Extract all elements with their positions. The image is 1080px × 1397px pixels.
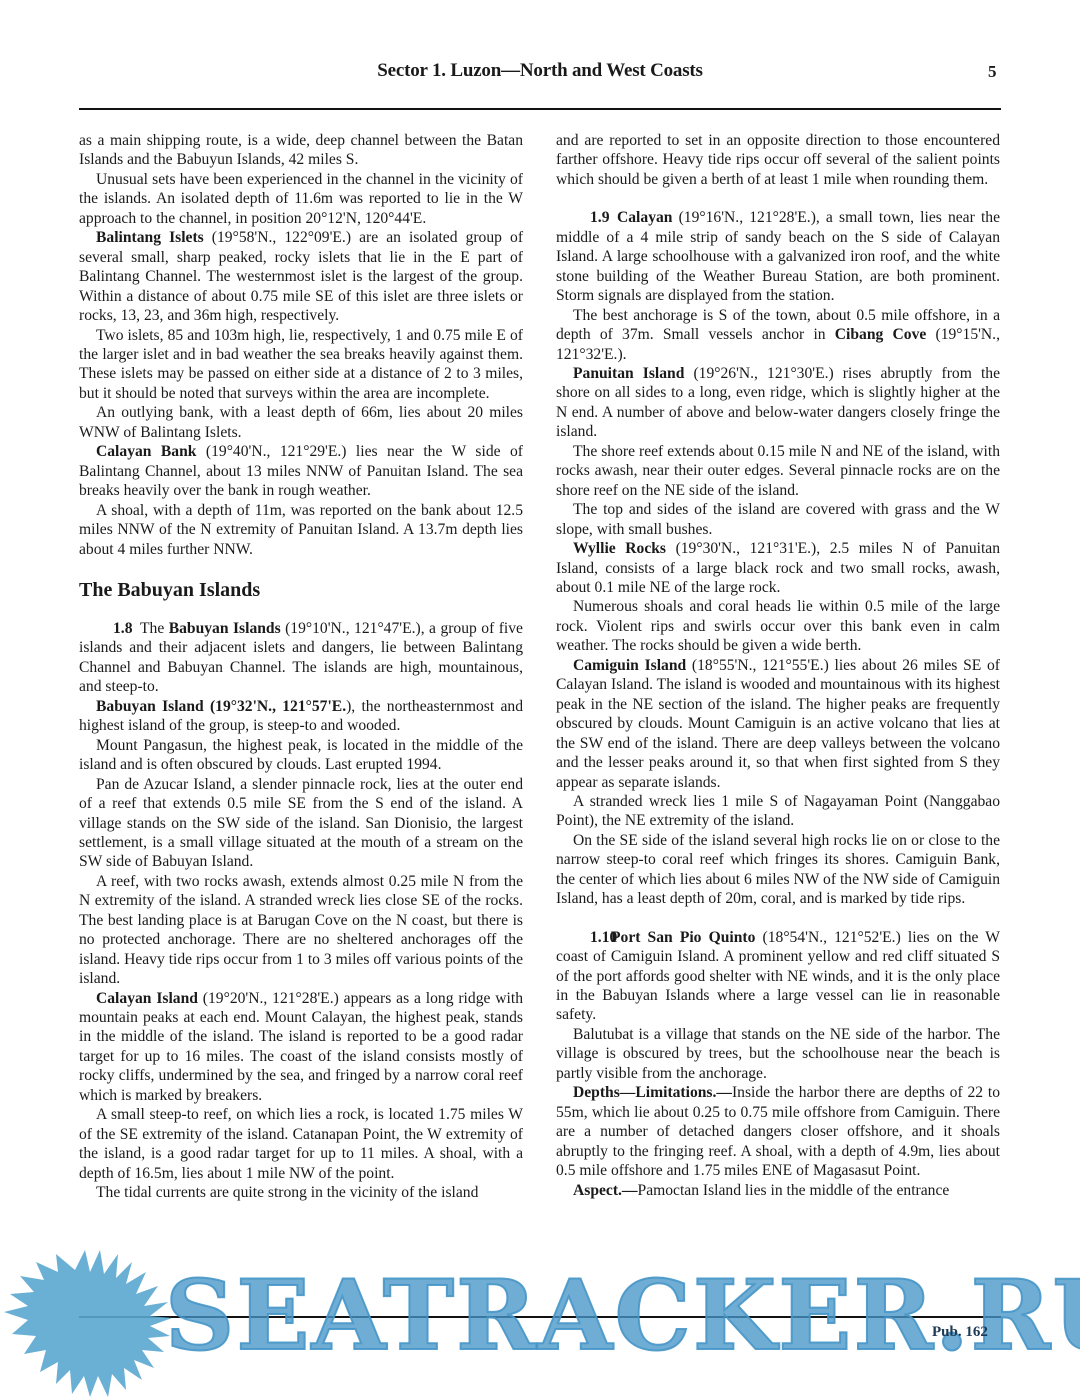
paragraph: Balintang Islets (19°58'N., 122°09'E.) a… bbox=[79, 228, 523, 325]
place-name: Camiguin Island bbox=[573, 657, 686, 674]
numbered-paragraph: 1.9Calayan (19°16'N., 121°28'E.), a smal… bbox=[556, 208, 1000, 305]
paragraph: A stranded wreck lies 1 mile S of Nagaya… bbox=[556, 792, 1000, 831]
publication-label: Pub. 162 bbox=[932, 1324, 988, 1341]
paragraph: as a main shipping route, is a wide, dee… bbox=[79, 131, 523, 170]
place-name: Babuyan Island (19°32'N., 121°57'E. bbox=[96, 698, 346, 715]
place-name: Calayan Bank bbox=[96, 443, 196, 460]
place-name: Wyllie Rocks bbox=[573, 540, 666, 557]
paragraph: Depths—Limitations.—Inside the harbor th… bbox=[556, 1083, 1000, 1180]
paragraph: Unusual sets have been experienced in th… bbox=[79, 170, 523, 228]
place-name: Panuitan Island bbox=[573, 365, 684, 382]
paragraph: Babuyan Island (19°32'N., 121°57'E.), th… bbox=[79, 697, 523, 736]
subheading-inline: Depths—Limitations.— bbox=[573, 1084, 732, 1101]
paragraph: A shoal, with a depth of 11m, was report… bbox=[79, 501, 523, 559]
paragraph: Panuitan Island (19°26'N., 121°30'E.) ri… bbox=[556, 364, 1000, 442]
section-number: 1.9 bbox=[573, 208, 617, 227]
numbered-paragraph: 1.8The Babuyan Islands (19°10'N., 121°47… bbox=[79, 619, 523, 697]
place-name: Cibang Cove bbox=[835, 326, 927, 343]
paragraph: Balutubat is a village that stands on th… bbox=[556, 1025, 1000, 1083]
section-number: 1.8 bbox=[96, 619, 140, 638]
place-name: Balintang Islets bbox=[96, 229, 204, 246]
page-number: 5 bbox=[988, 62, 997, 82]
paragraph: The tidal currents are quite strong in t… bbox=[79, 1183, 523, 1202]
section-number: 1.10 bbox=[573, 928, 611, 947]
paragraph: A small steep-to reef, on which lies a r… bbox=[79, 1105, 523, 1183]
paragraph: Calayan Island (19°20'N., 121°28'E.) app… bbox=[79, 989, 523, 1106]
running-header-title: Sector 1. Luzon—North and West Coasts bbox=[0, 60, 1080, 82]
paragraph: Mount Pangasun, the highest peak, is loc… bbox=[79, 736, 523, 775]
paragraph: The top and sides of the island are cove… bbox=[556, 500, 1000, 539]
paragraph: A reef, with two rocks awash, extends al… bbox=[79, 872, 523, 989]
place-name: Calayan bbox=[617, 209, 672, 226]
place-name: Calayan Island bbox=[96, 990, 198, 1007]
right-column: and are reported to set in an opposite d… bbox=[556, 131, 1000, 1200]
numbered-paragraph: 1.10Port San Pio Quinto (18°54'N., 121°5… bbox=[556, 928, 1000, 1025]
paragraph: Camiguin Island (18°55'N., 121°55'E.) li… bbox=[556, 656, 1000, 792]
paragraph: Numerous shoals and coral heads lie with… bbox=[556, 597, 1000, 655]
paragraph: The shore reef extends about 0.15 mile N… bbox=[556, 442, 1000, 500]
left-column: as a main shipping route, is a wide, dee… bbox=[79, 131, 523, 1203]
place-name: Babuyan Islands bbox=[169, 620, 281, 637]
paragraph: Wyllie Rocks (19°30'N., 121°31'E.), 2.5 … bbox=[556, 539, 1000, 597]
subheading-inline: Aspect.— bbox=[573, 1182, 638, 1199]
header-rule bbox=[79, 108, 1001, 110]
paragraph: An outlying bank, with a least depth of … bbox=[79, 403, 523, 442]
paragraph: The best anchorage is S of the town, abo… bbox=[556, 306, 1000, 364]
paragraph: and are reported to set in an opposite d… bbox=[556, 131, 1000, 189]
paragraph: Calayan Bank (19°40'N., 121°29'E.) lies … bbox=[79, 442, 523, 500]
paragraph: Two islets, 85 and 103m high, lie, respe… bbox=[79, 326, 523, 404]
place-name: Port San Pio Quinto bbox=[611, 929, 755, 946]
paragraph: On the SE side of the island several hig… bbox=[556, 831, 1000, 909]
section-heading: The Babuyan Islands bbox=[79, 578, 523, 602]
paragraph: Aspect.—Pamoctan Island lies in the midd… bbox=[556, 1181, 1000, 1200]
watermark-text: SEATRACKER.RU bbox=[165, 1268, 1080, 1364]
paragraph: Pan de Azucar Island, a slender pinnacle… bbox=[79, 775, 523, 872]
